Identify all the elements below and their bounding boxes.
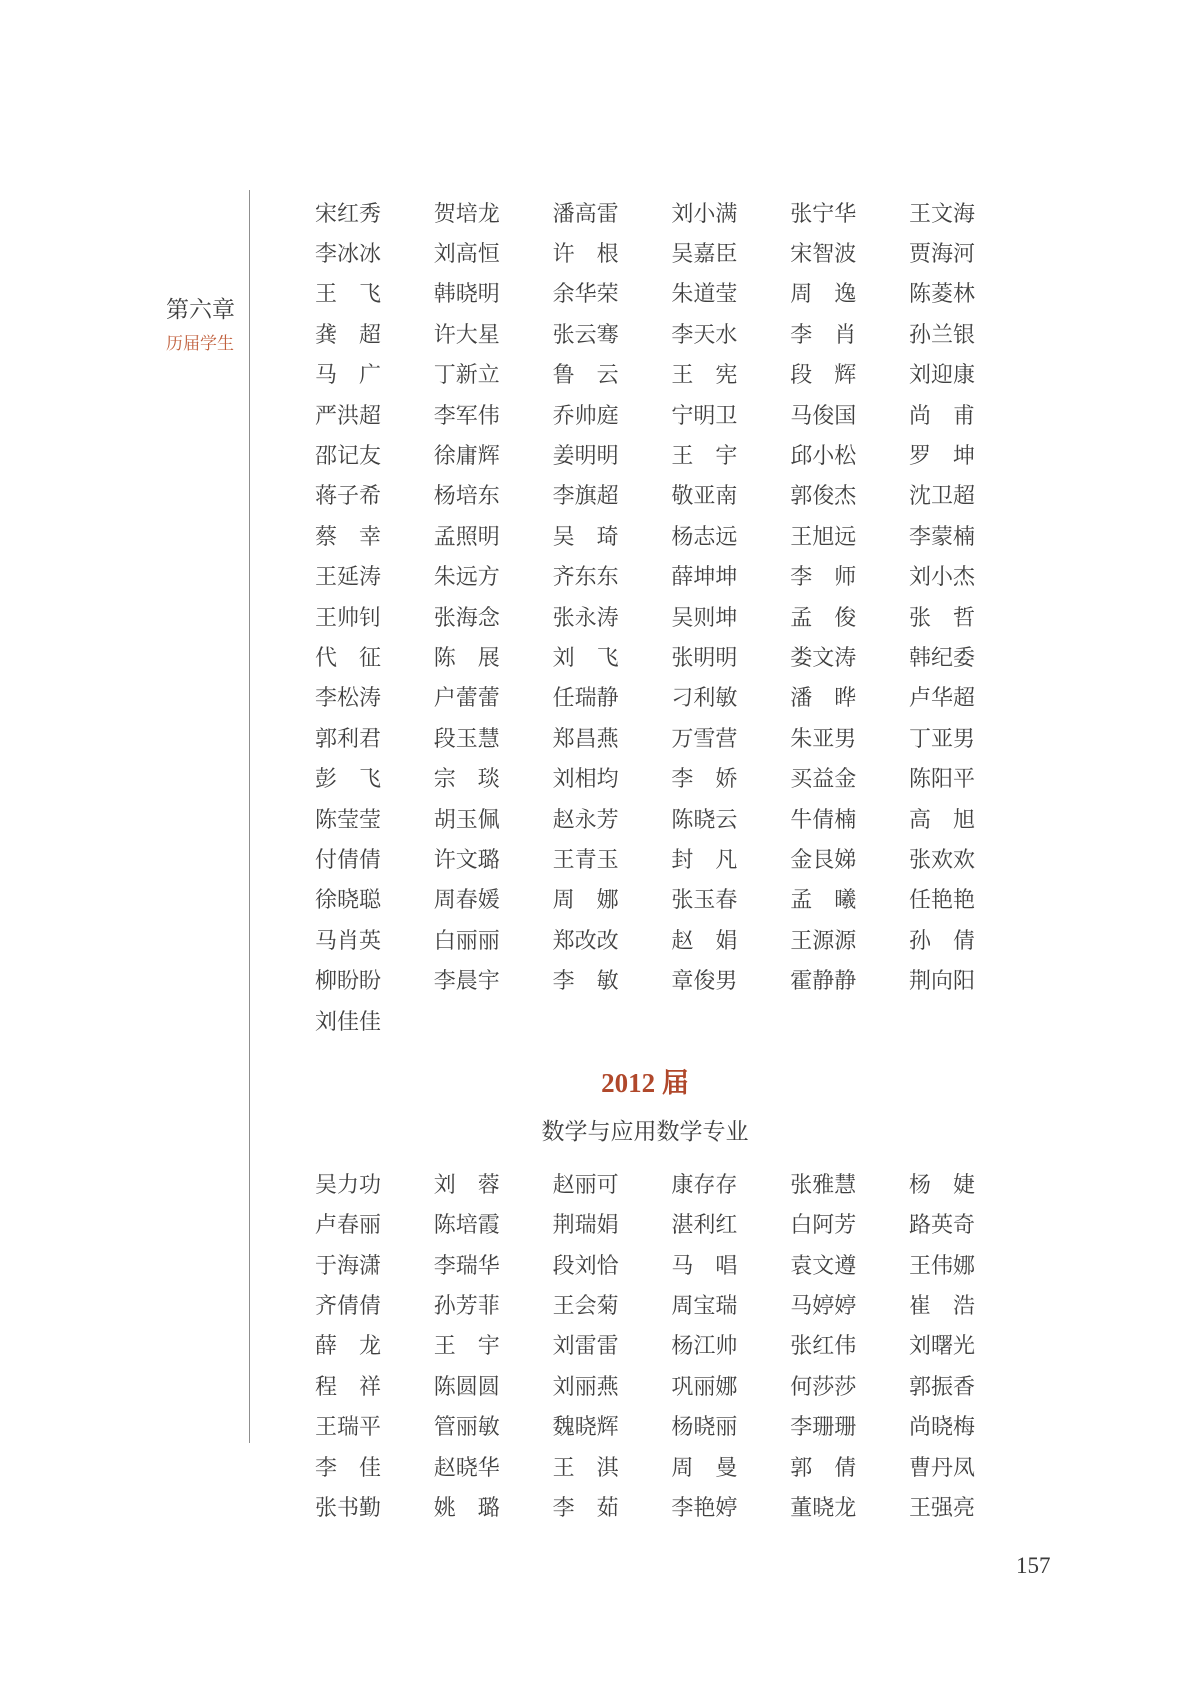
student-name: 李 师 [790, 560, 856, 591]
student-name: 宋红秀 [315, 197, 381, 228]
student-name: 余华荣 [553, 277, 619, 308]
student-name: 张红伟 [790, 1329, 856, 1360]
student-name: 荆瑞娟 [553, 1208, 619, 1239]
student-name: 刘丽燕 [553, 1370, 619, 1401]
student-name: 赵晓华 [434, 1451, 500, 1482]
student-name: 王文海 [909, 197, 975, 228]
student-name: 李 佳 [315, 1451, 381, 1482]
student-name: 王旭远 [790, 520, 856, 551]
student-name: 刘雷雷 [553, 1329, 619, 1360]
student-name: 章俊男 [671, 964, 737, 995]
student-name: 吴则坤 [671, 601, 737, 632]
student-name: 朱道莹 [671, 277, 737, 308]
student-name: 张明明 [671, 641, 737, 672]
student-name: 姚 璐 [434, 1491, 500, 1522]
student-name: 孟照明 [434, 520, 500, 551]
student-name: 刘 蓉 [434, 1168, 500, 1199]
student-name: 李天水 [671, 318, 737, 349]
student-name: 尚 甫 [909, 399, 975, 430]
chapter-title: 第六章 [166, 296, 240, 324]
student-name: 宁明卫 [671, 399, 737, 430]
student-name: 王源源 [790, 924, 856, 955]
student-name: 陈培霞 [434, 1208, 500, 1239]
student-name: 鲁 云 [553, 358, 619, 389]
student-name: 刘小满 [671, 197, 737, 228]
student-name: 周 曼 [671, 1451, 737, 1482]
student-name: 丁新立 [434, 358, 500, 389]
student-name: 郭 倩 [790, 1451, 856, 1482]
student-name: 张永涛 [553, 601, 619, 632]
chapter-subtitle: 历届学生 [166, 333, 240, 355]
student-name: 万雪营 [671, 722, 737, 753]
student-name: 许文璐 [434, 843, 500, 874]
student-name: 曹丹凤 [909, 1451, 975, 1482]
student-name: 李 敏 [553, 964, 619, 995]
student-name: 赵丽可 [553, 1168, 619, 1199]
student-name: 李晨宇 [434, 964, 500, 995]
student-name: 李 娇 [671, 762, 737, 793]
student-name: 段刘恰 [553, 1249, 619, 1280]
student-name: 段玉慧 [434, 722, 500, 753]
student-name: 贺培龙 [434, 197, 500, 228]
student-name: 严洪超 [315, 399, 381, 430]
student-name: 张 哲 [909, 601, 975, 632]
student-name: 陈莹莹 [315, 803, 381, 834]
student-name: 杨志远 [671, 520, 737, 551]
student-name: 王伟娜 [909, 1249, 975, 1280]
student-name: 刘迎康 [909, 358, 975, 389]
student-name: 巩丽娜 [671, 1370, 737, 1401]
student-name: 段 辉 [790, 358, 856, 389]
student-name: 户蕾蕾 [434, 681, 500, 712]
student-name: 王瑞平 [315, 1410, 381, 1441]
student-name: 许大星 [434, 318, 500, 349]
student-name: 买益金 [790, 762, 856, 793]
student-name: 沈卫超 [909, 479, 975, 510]
student-name: 任瑞静 [553, 681, 619, 712]
year-heading: 2012 届 [315, 1068, 975, 1099]
student-name: 李 肖 [790, 318, 856, 349]
student-name: 湛利红 [671, 1208, 737, 1239]
student-name: 陈晓云 [671, 803, 737, 834]
student-name: 周 娜 [553, 883, 619, 914]
student-name: 王 宇 [434, 1329, 500, 1360]
student-name: 王延涛 [315, 560, 381, 591]
student-name: 宋智波 [790, 237, 856, 268]
student-name: 王 淇 [553, 1451, 619, 1482]
student-name: 张书勤 [315, 1491, 381, 1522]
student-name: 高 旭 [909, 803, 975, 834]
student-name: 董晓龙 [790, 1491, 856, 1522]
student-name: 李珊珊 [790, 1410, 856, 1441]
student-name: 付倩倩 [315, 843, 381, 874]
student-name: 管丽敏 [434, 1410, 500, 1441]
student-name: 魏晓辉 [553, 1410, 619, 1441]
student-name: 杨江帅 [671, 1329, 737, 1360]
student-name: 朱亚男 [790, 722, 856, 753]
student-name: 薛 龙 [315, 1329, 381, 1360]
student-name: 白丽丽 [434, 924, 500, 955]
student-name: 陈 展 [434, 641, 500, 672]
student-name: 刘 飞 [553, 641, 619, 672]
student-name: 潘高雷 [553, 197, 619, 228]
student-name: 韩纪委 [909, 641, 975, 672]
student-name: 张玉春 [671, 883, 737, 914]
student-name: 赵 娟 [671, 924, 737, 955]
student-name: 李旗超 [553, 479, 619, 510]
student-name: 尚晓梅 [909, 1410, 975, 1441]
student-name: 李艳婷 [671, 1491, 737, 1522]
student-name: 刁利敏 [671, 681, 737, 712]
student-name: 贾海河 [909, 237, 975, 268]
student-name: 彭 飞 [315, 762, 381, 793]
student-name: 郭俊杰 [790, 479, 856, 510]
student-name: 杨晓丽 [671, 1410, 737, 1441]
student-name: 罗 坤 [909, 439, 975, 470]
student-name: 丁亚男 [909, 722, 975, 753]
student-name: 吴 琦 [553, 520, 619, 551]
student-name: 吴嘉臣 [671, 237, 737, 268]
student-name: 代 征 [315, 641, 381, 672]
student-name: 程 祥 [315, 1370, 381, 1401]
student-name: 王 宪 [671, 358, 737, 389]
student-name: 张欢欢 [909, 843, 975, 874]
student-name: 徐晓聪 [315, 883, 381, 914]
student-name-grid-top: 宋红秀贺培龙潘高雷刘小满张宁华王文海李冰冰刘高恒许 根吴嘉臣宋智波贾海河王 飞韩… [315, 192, 975, 1040]
student-name: 郭振香 [909, 1370, 975, 1401]
student-name: 于海潇 [315, 1249, 381, 1280]
student-name: 薛坤坤 [671, 560, 737, 591]
student-name: 徐庸辉 [434, 439, 500, 470]
student-name: 王强亮 [909, 1491, 975, 1522]
student-name: 牛倩楠 [790, 803, 856, 834]
student-name: 刘高恒 [434, 237, 500, 268]
student-name: 李 茹 [553, 1491, 619, 1522]
student-name: 张云骞 [553, 318, 619, 349]
student-name: 李冰冰 [315, 237, 381, 268]
student-name: 李蒙楠 [909, 520, 975, 551]
student-name: 孙芳菲 [434, 1289, 500, 1320]
student-name: 郭利君 [315, 722, 381, 753]
student-name: 赵永芳 [553, 803, 619, 834]
student-name: 何莎莎 [790, 1370, 856, 1401]
student-name: 刘佳佳 [315, 1005, 381, 1036]
student-name: 韩晓明 [434, 277, 500, 308]
student-name: 孟 曦 [790, 883, 856, 914]
student-name: 周宝瑞 [671, 1289, 737, 1320]
student-name: 霍静静 [790, 964, 856, 995]
student-name: 路英奇 [909, 1208, 975, 1239]
student-name: 康存存 [671, 1168, 737, 1199]
student-name: 刘小杰 [909, 560, 975, 591]
margin-rule [249, 190, 250, 1443]
student-name: 孙 倩 [909, 924, 975, 955]
student-name: 齐倩倩 [315, 1289, 381, 1320]
student-name: 马婷婷 [790, 1289, 856, 1320]
student-name: 郑昌燕 [553, 722, 619, 753]
student-name: 任艳艳 [909, 883, 975, 914]
student-name: 陈菱林 [909, 277, 975, 308]
student-name: 柳盼盼 [315, 964, 381, 995]
student-name: 周 逸 [790, 277, 856, 308]
student-name: 姜明明 [553, 439, 619, 470]
student-name: 马肖英 [315, 924, 381, 955]
student-name: 杨培东 [434, 479, 500, 510]
student-name: 敬亚南 [671, 479, 737, 510]
student-name: 李松涛 [315, 681, 381, 712]
student-name-grid-2012: 吴力功刘 蓉赵丽可康存存张雅慧杨 婕卢春丽陈培霞荆瑞娟湛利红白阿芳路英奇于海潇李… [315, 1163, 975, 1527]
student-name: 朱远方 [434, 560, 500, 591]
student-name: 崔 浩 [909, 1289, 975, 1320]
student-name: 王 宇 [671, 439, 737, 470]
page-number: 157 [1016, 1553, 1051, 1579]
student-name: 马 广 [315, 358, 381, 389]
student-name: 杨 婕 [909, 1168, 975, 1199]
student-name: 周春媛 [434, 883, 500, 914]
student-name: 卢华超 [909, 681, 975, 712]
student-name: 陈圆圆 [434, 1370, 500, 1401]
student-name: 王青玉 [553, 843, 619, 874]
student-name: 邱小松 [790, 439, 856, 470]
book-page: 第六章 历届学生 宋红秀贺培龙潘高雷刘小满张宁华王文海李冰冰刘高恒许 根吴嘉臣宋… [0, 0, 1190, 1684]
student-name: 马俊国 [790, 399, 856, 430]
student-name: 郑改改 [553, 924, 619, 955]
student-name: 娄文涛 [790, 641, 856, 672]
student-name: 张海念 [434, 601, 500, 632]
chapter-marker: 第六章 历届学生 [166, 296, 240, 355]
student-name: 吴力功 [315, 1168, 381, 1199]
student-name: 王 飞 [315, 277, 381, 308]
student-name: 陈阳平 [909, 762, 975, 793]
student-name: 张雅慧 [790, 1168, 856, 1199]
student-name: 孟 俊 [790, 601, 856, 632]
student-name: 宗 琰 [434, 762, 500, 793]
student-name: 刘曙光 [909, 1329, 975, 1360]
student-name: 胡玉佩 [434, 803, 500, 834]
student-name: 封 凡 [671, 843, 737, 874]
student-name: 王会菊 [553, 1289, 619, 1320]
student-name: 卢春丽 [315, 1208, 381, 1239]
student-name: 李军伟 [434, 399, 500, 430]
student-name: 马 唱 [671, 1249, 737, 1280]
student-name: 刘相均 [553, 762, 619, 793]
student-name: 王帅钊 [315, 601, 381, 632]
student-name: 许 根 [553, 237, 619, 268]
student-name: 白阿芳 [790, 1208, 856, 1239]
student-name: 蔡 幸 [315, 520, 381, 551]
student-name: 乔帅庭 [553, 399, 619, 430]
student-name: 袁文遵 [790, 1249, 856, 1280]
student-name: 邵记友 [315, 439, 381, 470]
student-name: 李瑞华 [434, 1249, 500, 1280]
student-name: 张宁华 [790, 197, 856, 228]
student-name: 齐东东 [553, 560, 619, 591]
student-name: 蒋子希 [315, 479, 381, 510]
student-name: 荆向阳 [909, 964, 975, 995]
student-name: 孙兰银 [909, 318, 975, 349]
student-name: 潘 晔 [790, 681, 856, 712]
student-name: 龚 超 [315, 318, 381, 349]
major-heading: 数学与应用数学专业 [315, 1117, 975, 1146]
student-name: 金艮娣 [790, 843, 856, 874]
